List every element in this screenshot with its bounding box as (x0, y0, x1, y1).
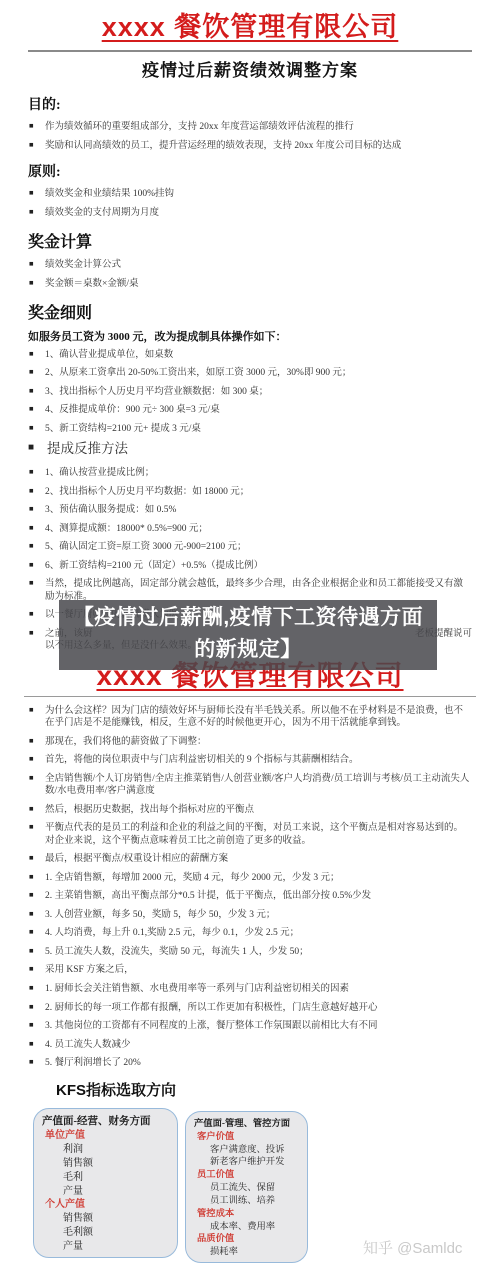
bullet-item: 然后，根据历史数据，找出每个指标对应的平衡点 (28, 804, 472, 817)
bullet-item: 3. 人创营业额，每多 50，奖励 5，每少 50，少发 3 元； (28, 909, 472, 922)
box-item: 产量 (42, 1185, 172, 1199)
box-item: 毛利额 (42, 1226, 172, 1240)
bullet-item: 全店销售额/个人订房销售/全店主推菜销售/人创营业额/客户人均消费/员工培训与考… (28, 773, 472, 798)
title-divider (28, 50, 472, 52)
watermark-overlay: 【疫情过后薪酬,疫情下工资待遇方面 的新规定】 (59, 600, 437, 670)
bullet-item: 2. 主菜销售额，高出平衡点部分*0.5 计提，低于平衡点，低出部分按 0.5%… (28, 890, 472, 903)
bullet-item: 最后，根据平衡点/权重设计相应的薪酬方案 (28, 853, 472, 866)
bullet-item: 5. 餐厅利润增长了 20% (28, 1057, 472, 1070)
box-item: 新老客户维护开发 (194, 1156, 302, 1169)
box-item: 利润 (42, 1143, 172, 1157)
bullet-item: 3、预估确认服务提成：如 0.5% (28, 504, 472, 517)
bullet-item: 3、找出指标个人历史月平均营业额数据：如 300 桌； (28, 386, 472, 399)
bullet-item: 4、反推提成单价：900 元÷ 300 桌=3 元/桌 (28, 404, 472, 417)
box-item: 产量 (42, 1240, 172, 1254)
overlay-line-1: 【疫情过后薪酬,疫情下工资待遇方面 (59, 602, 437, 634)
bullet-item: 1. 厨师长会关注销售额、水电费用率等一系列与门店利益密切相关的因素 (28, 983, 472, 996)
document-page: xxxx 餐饮管理有限公司 疫情过后薪资绩效调整方案 目的:作为绩效循环的重要组… (0, 0, 500, 1268)
document-title: 疫情过后薪资绩效调整方案 (0, 56, 500, 81)
bullet-item: 5、确认固定工资=原工资 3000 元-900=2100 元； (28, 541, 472, 554)
section-heading: 原则: (28, 161, 472, 181)
box-item: 毛利 (42, 1171, 172, 1185)
bullet-item: 2. 厨师长的每一项工作都有报酬，所以工作更加有积极性，门店生意越好越开心 (28, 1002, 472, 1015)
box-category-label: 员工价值 (194, 1169, 302, 1182)
section-heading: 奖金计算 (28, 229, 472, 252)
section-heading: 目的: (28, 94, 472, 114)
overlay-line-2: 的新规定】 (59, 634, 437, 666)
bullet-item: 那现在，我们将他的薪资做了下调整： (28, 736, 472, 749)
bullet-item: 2、从原来工资拿出 20-50%工资出来，如原工资 3000 元，30%即 90… (28, 367, 472, 380)
box-category-label: 品质价值 (194, 1233, 302, 1246)
bullet-item: 为什么会这样？因为门店的绩效好坏与厨师长没有半毛钱关系。所以他不在乎材料是不是浪… (28, 705, 472, 730)
box-category-label: 个人产值 (42, 1198, 172, 1212)
bullet-item: 1. 全店销售额，每增加 2000 元，奖励 4 元，每少 2000 元，少发 … (28, 872, 472, 885)
box-item: 成本率、费用率 (194, 1221, 302, 1234)
bullet-item: 2、找出指标个人历史月平均数据：如 18000 元； (28, 486, 472, 499)
bullet-item: 首先，将他的岗位职责中与门店利益密切相关的 9 个指标与其薪酬相结合。 (28, 754, 472, 767)
bullet-item: 4. 人均消费，每上升 0.1,奖励 2.5 元，每少 0.1，少发 2.5 元… (28, 927, 472, 940)
box-category-label: 单位产值 (42, 1129, 172, 1143)
bullet-item: 奖励和认同高绩效的员工，提升营运经理的绩效表现，支持 20xx 年度公司目标的达… (28, 140, 472, 153)
box-item: 损耗率 (194, 1246, 302, 1259)
box-title: 产值面-经营、财务方面 (42, 1115, 172, 1129)
bullet-item: 5. 员工流失人数，没流失，奖励 50 元，每流失 1 人，少发 50； (28, 946, 472, 959)
box-item-list: 单位产值利润销售额毛利产量个人产值销售额毛利额产量 (42, 1129, 172, 1253)
bold-intro-line: 如服务员工资为 3000 元，改为提成制具体操作如下： (28, 330, 472, 344)
bullet-item: 1、确认营业提成单位，如桌数 (28, 349, 472, 362)
bullet-item: 平衡点代表的是员工的利益和企业的利益之间的平衡，对员工来说，这个平衡点是相对容易… (28, 822, 472, 847)
box-item: 客户满意度、投诉 (194, 1144, 302, 1157)
box-item: 销售额 (42, 1157, 172, 1171)
document-body: 目的:作为绩效循环的重要组成部分，支持 20xx 年度营运部绩效评估流程的推行奖… (0, 81, 500, 1070)
bullet-item: 4、测算提成额：18000* 0.5%=900 元； (28, 523, 472, 536)
kfs-box-finance: 产值面-经营、财务方面 单位产值利润销售额毛利产量个人产值销售额毛利额产量 (33, 1108, 178, 1258)
bullet-subheading: 提成反推方法 (28, 441, 472, 458)
bullet-item: 4. 员工流失人数减少 (28, 1039, 472, 1052)
box-item: 员工训练、培养 (194, 1195, 302, 1208)
bullet-item: 采用 KSF 方案之后， (28, 964, 472, 977)
kfs-box-management: 产值面-管理、管控方面 客户价值客户满意度、投诉新老客户维护开发员工价值员工流失… (185, 1111, 308, 1263)
bullet-item: 绩效奖金和业绩结果 100%挂钩 (28, 188, 472, 201)
box-title: 产值面-管理、管控方面 (194, 1118, 302, 1131)
box-item: 销售额 (42, 1212, 172, 1226)
bullet-item: 6、新工资结构=2100 元（固定）+0.5%（提成比例） (28, 560, 472, 573)
box-category-label: 管控成本 (194, 1208, 302, 1221)
section-heading: 奖金细则 (28, 300, 472, 323)
zhihu-watermark: 知乎 @Samldc (363, 1237, 462, 1258)
box-item-list: 客户价值客户满意度、投诉新老客户维护开发员工价值员工流失、保留员工训练、培养管控… (194, 1131, 302, 1259)
bullet-item: 1、确认按营业提成比例； (28, 467, 472, 480)
bullet-item: 5、新工资结构=2100 元+ 提成 3 元/桌 (28, 423, 472, 436)
box-category-label: 客户价值 (194, 1131, 302, 1144)
bullet-item: 作为绩效循环的重要组成部分，支持 20xx 年度营运部绩效评估流程的推行 (28, 121, 472, 134)
document-header: xxxx 餐饮管理有限公司 疫情过后薪资绩效调整方案 (0, 0, 500, 81)
section-divider (24, 696, 476, 697)
company-title: xxxx 餐饮管理有限公司 (0, 12, 500, 43)
bullet-item: 奖金额＝桌数×金额/桌 (28, 278, 472, 291)
box-item: 员工流失、保留 (194, 1182, 302, 1195)
kfs-section-title: KFS指标选取方向 (56, 1079, 500, 1100)
bullet-item: 3. 其他岗位的工资都有不同程度的上涨，餐厅整体工作氛围跟以前相比大有不同 (28, 1020, 472, 1033)
bullet-item: 绩效奖金的支付周期为月度 (28, 207, 472, 220)
bullet-item: 绩效奖金计算公式 (28, 259, 472, 272)
